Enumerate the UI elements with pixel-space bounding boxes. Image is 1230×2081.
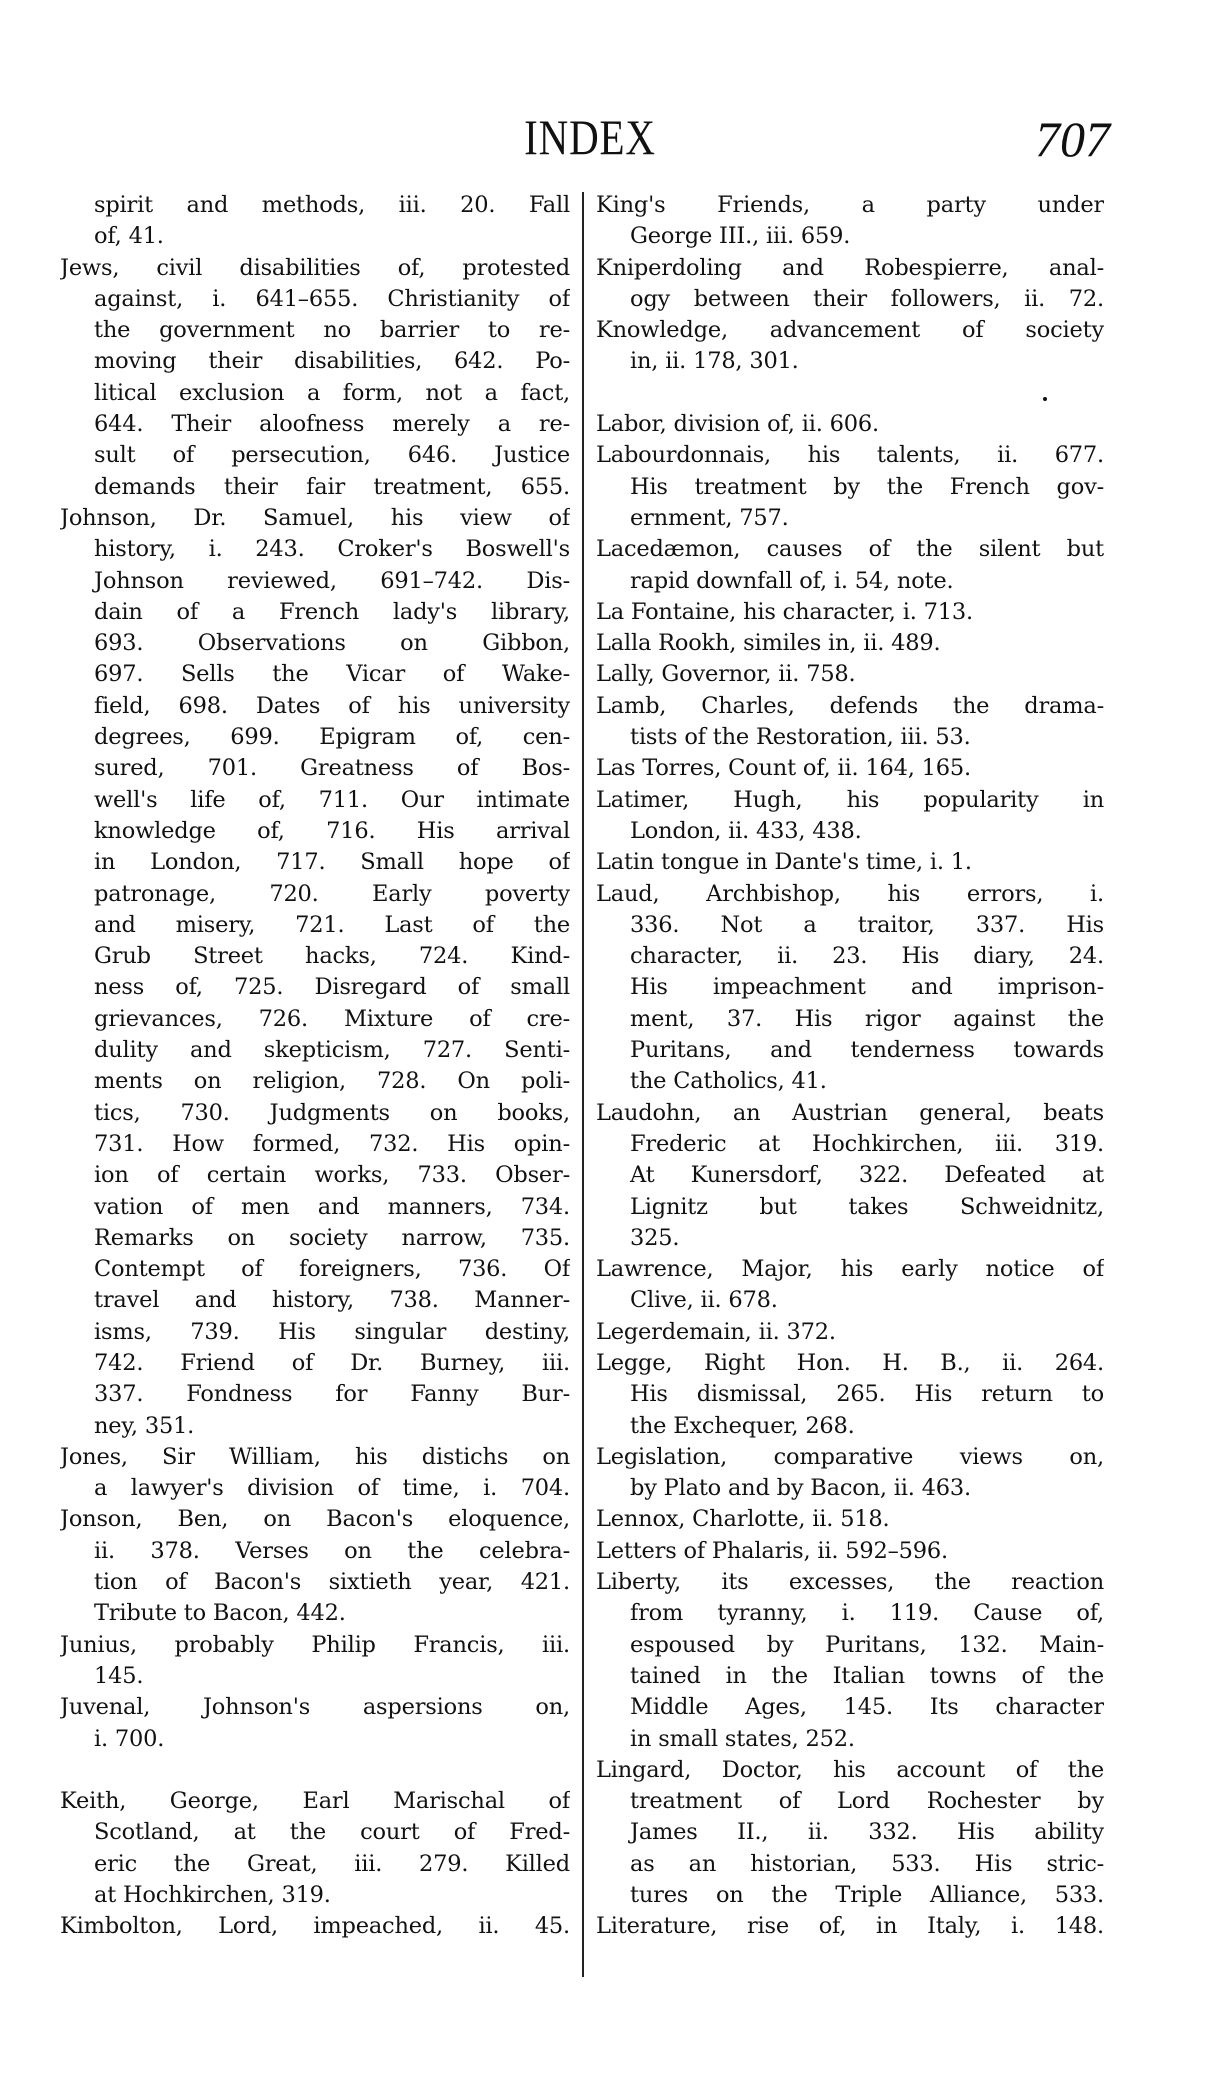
index-entry-continuation-line: 742. Friend of Dr. Burney, iii. (60, 1348, 570, 1379)
index-entry-heading-line: La Fontaine, his character, i. 713. (596, 597, 1104, 628)
index-entry-heading-line: Latin tongue in Dante's time, i. 1. (596, 847, 1104, 878)
letter-section-gap (60, 1755, 570, 1786)
index-entry-continuation-line: Lignitz but takes Schweidnitz, (596, 1192, 1104, 1223)
index-entry-continuation-line: His treatment by the French gov- (596, 472, 1104, 503)
index-entry-continuation-line: His impeachment and imprison- (596, 972, 1104, 1003)
index-entry-heading-line: Legge, Right Hon. H. B., ii. 264. (596, 1348, 1104, 1379)
index-entry-continuation-line: a lawyer's division of time, i. 704. (60, 1473, 570, 1504)
index-entry-continuation-line: and misery, 721. Last of the (60, 910, 570, 941)
index-entry-heading-line: Kniperdoling and Robespierre, anal- (596, 253, 1104, 284)
index-entry-heading-line: Legislation, comparative views on, (596, 1442, 1104, 1473)
index-entry-continuation-line: the government no barrier to re- (60, 315, 570, 346)
index-entry-continuation-line: degrees, 699. Epigram of, cen- (60, 722, 570, 753)
index-entry-continuation-line: patronage, 720. Early poverty (60, 879, 570, 910)
index-entry-continuation-line: tists of the Restoration, iii. 53. (596, 722, 1104, 753)
index-entry-continuation-line: ness of, 725. Disregard of small (60, 972, 570, 1003)
index-entry-continuation-line: At Kunersdorf, 322. Defeated at (596, 1160, 1104, 1191)
index-column-right: King's Friends, a party underGeorge III.… (596, 190, 1104, 1943)
index-entry-continuation-line: the Exchequer, 268. (596, 1411, 1104, 1442)
index-entry-continuation-line: 697. Sells the Vicar of Wake- (60, 659, 570, 690)
index-entry-continuation-line: George III., iii. 659. (596, 221, 1104, 252)
index-entry-continuation-line: dain of a French lady's library, (60, 597, 570, 628)
index-entry-heading-line: Lennox, Charlotte, ii. 518. (596, 1504, 1104, 1535)
index-entry-continuation-line: Johnson reviewed, 691–742. Dis- (60, 566, 570, 597)
index-entry-heading-line: Johnson, Dr. Samuel, his view of (60, 503, 570, 534)
index-entry-continuation-line: moving their disabilities, 642. Po- (60, 346, 570, 377)
index-entry-heading-line: Jones, Sir William, his distichs on (60, 1442, 570, 1473)
index-entry-heading-line: Lalla Rookh, similes in, ii. 489. (596, 628, 1104, 659)
index-entry-continuation-line: tics, 730. Judgments on books, (60, 1098, 570, 1129)
index-entry-heading-line: Jonson, Ben, on Bacon's eloquence, (60, 1504, 570, 1535)
index-entry-heading-line: Laud, Archbishop, his errors, i. (596, 879, 1104, 910)
index-entry-continuation-line: ogy between their followers, ii. 72. (596, 284, 1104, 315)
index-entry-continuation-line: i. 700. (60, 1724, 570, 1755)
index-entry-continuation-line: 145. (60, 1661, 570, 1692)
index-entry-continuation-line: 644. Their aloofness merely a re- (60, 409, 570, 440)
index-entry-continuation-line: field, 698. Dates of his university (60, 691, 570, 722)
index-entry-continuation-line: Tribute to Bacon, 442. (60, 1598, 570, 1629)
index-entry-heading-line: Legerdemain, ii. 372. (596, 1317, 1104, 1348)
index-entry-continuation-line: Puritans, and tenderness towards (596, 1035, 1104, 1066)
index-entry-continuation-line: history, i. 243. Croker's Boswell's (60, 534, 570, 565)
index-entry-heading-line: Knowledge, advancement of society (596, 315, 1104, 346)
index-entry-continuation-line: in small states, 252. (596, 1724, 1104, 1755)
index-entry-continuation-line: of, 41. (60, 221, 570, 252)
index-entry-continuation-line: Frederic at Hochkirchen, iii. 319. (596, 1129, 1104, 1160)
index-column-left: spirit and methods, iii. 20. Fallof, 41.… (60, 190, 570, 1943)
index-entry-heading-line: Lamb, Charles, defends the drama- (596, 691, 1104, 722)
index-entry-continuation-line: Scotland, at the court of Fred- (60, 1817, 570, 1848)
page-number: 707 (1010, 110, 1110, 168)
letter-section-gap (596, 378, 1104, 409)
index-entry-continuation-line: ments on religion, 728. On poli- (60, 1066, 570, 1097)
index-entry-heading-line: Keith, George, Earl Marischal of (60, 1786, 570, 1817)
index-entry-continuation-line: grievances, 726. Mixture of cre- (60, 1004, 570, 1035)
index-entry-heading-line: Labor, division of, ii. 606. (596, 409, 1104, 440)
index-entry-heading-line: Kimbolton, Lord, impeached, ii. 45. (60, 1911, 570, 1942)
index-entry-continuation-line: ion of certain works, 733. Obser- (60, 1160, 570, 1191)
index-entry-continuation-line: spirit and methods, iii. 20. Fall (60, 190, 570, 221)
index-entry-heading-line: Lally, Governor, ii. 758. (596, 659, 1104, 690)
index-entry-continuation-line: His dismissal, 265. His return to (596, 1379, 1104, 1410)
index-entry-continuation-line: knowledge of, 716. His arrival (60, 816, 570, 847)
print-speck (1043, 397, 1047, 401)
index-entry-heading-line: Latimer, Hugh, his popularity in (596, 785, 1104, 816)
index-entry-continuation-line: ment, 37. His rigor against the (596, 1004, 1104, 1035)
index-entry-heading-line: Jews, civil disabilities of, protested (60, 253, 570, 284)
page-title: INDEX (492, 108, 689, 166)
column-divider (582, 192, 584, 1977)
index-entry-continuation-line: rapid downfall of, i. 54, note. (596, 566, 1104, 597)
index-entry-continuation-line: 336. Not a traitor, 337. His (596, 910, 1104, 941)
index-entry-heading-line: Las Torres, Count of, ii. 164, 165. (596, 753, 1104, 784)
index-entry-continuation-line: ernment, 757. (596, 503, 1104, 534)
index-entry-continuation-line: Middle Ages, 145. Its character (596, 1692, 1104, 1723)
index-entry-continuation-line: litical exclusion a form, not a fact, (60, 378, 570, 409)
index-entry-heading-line: King's Friends, a party under (596, 190, 1104, 221)
index-entry-heading-line: Literature, rise of, in Italy, i. 148. (596, 1911, 1104, 1942)
index-entry-continuation-line: espoused by Puritans, 132. Main- (596, 1630, 1104, 1661)
index-entry-heading-line: Junius, probably Philip Francis, iii. (60, 1630, 570, 1661)
index-entry-continuation-line: eric the Great, iii. 279. Killed (60, 1849, 570, 1880)
index-entry-heading-line: Lacedæmon, causes of the silent but (596, 534, 1104, 565)
index-entry-continuation-line: tures on the Triple Alliance, 533. (596, 1880, 1104, 1911)
index-entry-continuation-line: character, ii. 23. His diary, 24. (596, 941, 1104, 972)
index-entry-continuation-line: the Catholics, 41. (596, 1066, 1104, 1097)
index-entry-continuation-line: in London, 717. Small hope of (60, 847, 570, 878)
index-entry-continuation-line: dulity and skepticism, 727. Senti- (60, 1035, 570, 1066)
index-entry-heading-line: Labourdonnais, his talents, ii. 677. (596, 440, 1104, 471)
index-entry-continuation-line: demands their fair treatment, 655. (60, 472, 570, 503)
index-entry-continuation-line: 693. Observations on Gibbon, (60, 628, 570, 659)
index-entry-continuation-line: 731. How formed, 732. His opin- (60, 1129, 570, 1160)
index-entry-continuation-line: by Plato and by Bacon, ii. 463. (596, 1473, 1104, 1504)
index-entry-continuation-line: from tyranny, i. 119. Cause of, (596, 1598, 1104, 1629)
index-entry-heading-line: Liberty, its excesses, the reaction (596, 1567, 1104, 1598)
index-entry-continuation-line: sured, 701. Greatness of Bos- (60, 753, 570, 784)
index-entry-continuation-line: Contempt of foreigners, 736. Of (60, 1254, 570, 1285)
index-entry-continuation-line: Grub Street hacks, 724. Kind- (60, 941, 570, 972)
index-entry-continuation-line: travel and history, 738. Manner- (60, 1285, 570, 1316)
index-entry-continuation-line: treatment of Lord Rochester by (596, 1786, 1104, 1817)
index-entry-heading-line: Lawrence, Major, his early notice of (596, 1254, 1104, 1285)
index-entry-continuation-line: sult of persecution, 646. Justice (60, 440, 570, 471)
index-entry-continuation-line: isms, 739. His singular destiny, (60, 1317, 570, 1348)
index-entry-continuation-line: as an historian, 533. His stric- (596, 1849, 1104, 1880)
index-entry-continuation-line: against, i. 641–655. Christianity of (60, 284, 570, 315)
index-entry-continuation-line: tion of Bacon's sixtieth year, 421. (60, 1567, 570, 1598)
index-entry-heading-line: Laudohn, an Austrian general, beats (596, 1098, 1104, 1129)
index-entry-heading-line: Lingard, Doctor, his account of the (596, 1755, 1104, 1786)
index-entry-continuation-line: James II., ii. 332. His ability (596, 1817, 1104, 1848)
index-entry-continuation-line: ii. 378. Verses on the celebra- (60, 1536, 570, 1567)
index-entry-continuation-line: at Hochkirchen, 319. (60, 1880, 570, 1911)
index-entry-heading-line: Juvenal, Johnson's aspersions on, (60, 1692, 570, 1723)
index-entry-continuation-line: Clive, ii. 678. (596, 1285, 1104, 1316)
index-entry-continuation-line: tained in the Italian towns of the (596, 1661, 1104, 1692)
index-entry-continuation-line: ney, 351. (60, 1411, 570, 1442)
index-entry-continuation-line: Remarks on society narrow, 735. (60, 1223, 570, 1254)
index-entry-continuation-line: 325. (596, 1223, 1104, 1254)
index-entry-continuation-line: in, ii. 178, 301. (596, 346, 1104, 377)
index-entry-continuation-line: London, ii. 433, 438. (596, 816, 1104, 847)
index-entry-continuation-line: well's life of, 711. Our intimate (60, 785, 570, 816)
index-entry-continuation-line: vation of men and manners, 734. (60, 1192, 570, 1223)
index-entry-continuation-line: 337. Fondness for Fanny Bur- (60, 1379, 570, 1410)
index-entry-heading-line: Letters of Phalaris, ii. 592–596. (596, 1536, 1104, 1567)
